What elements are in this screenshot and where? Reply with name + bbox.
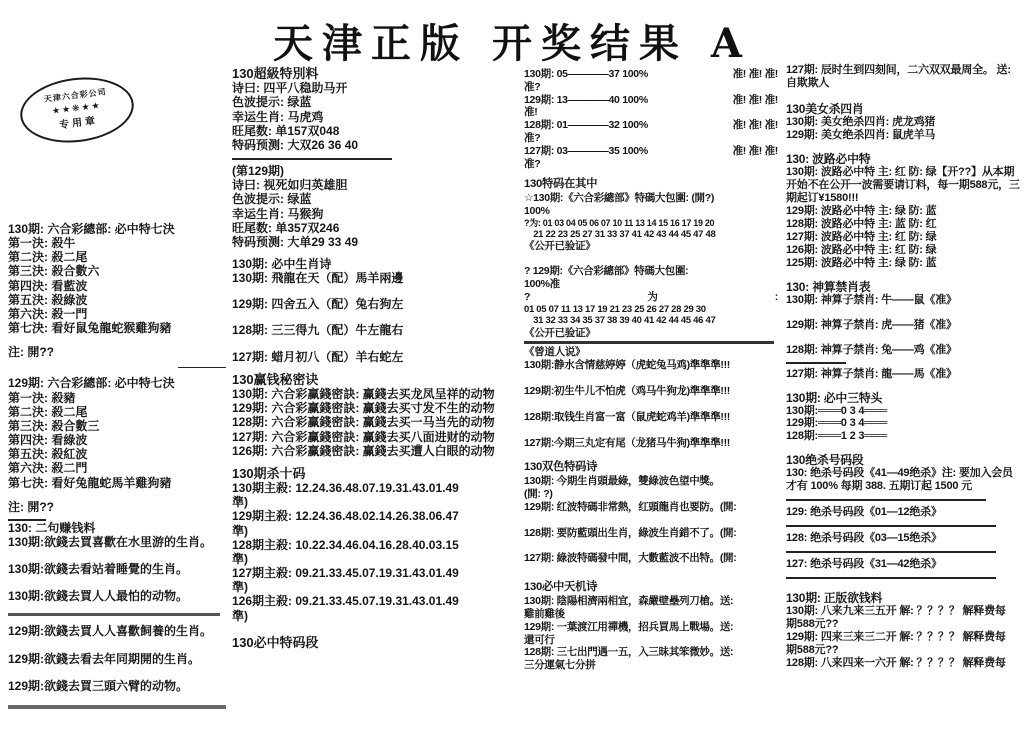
text-line: 100%准: [524, 278, 778, 291]
text-line: 127期:今期三丸定有尾（龙猪马牛狗)準準準!!!: [524, 437, 778, 450]
text-line: 128期: 要防藍頭出生肖，綠波生肖錯不了。(開:: [524, 527, 778, 540]
company-seal: 天津六合彩公司 ★★❋★★ 专用章: [17, 71, 138, 148]
text-line: ☆130期:《六合彩總部》特碼大包圍: (開?): [524, 192, 778, 205]
text-line: 129期: 六合彩總部: 必中特七決: [8, 376, 226, 390]
text-line: 第六決: 殺一門: [8, 307, 226, 321]
text-line: 準): [232, 580, 520, 594]
text-line: 第三決: 殺合數三: [8, 419, 226, 433]
divider-line: [524, 341, 774, 344]
text-line: 127期: 蜡月初八（配）羊右蛇左: [232, 350, 520, 364]
text-line: (開: ?): [524, 488, 778, 501]
seal-label: 专用章: [58, 111, 99, 131]
text-line: 130赢钱秘密诀: [232, 372, 520, 387]
text-line: 第三決: 殺合數六: [8, 264, 226, 278]
text-line: 色波提示: 绿蓝: [232, 95, 520, 109]
text-line: 130期: 必中三特头: [786, 391, 1020, 405]
text-line: 126期主殺: 09.21.33.45.07.19.31.43.01.49: [232, 594, 520, 608]
divider-line: [8, 613, 220, 616]
text-line: 130期:═══0 3 4═══: [786, 405, 1020, 418]
column-2-content: 130超級特別料诗曰: 四平八稳助马开色波提示: 绿蓝幸运生肖: 马虎鸡旺尾数:…: [232, 66, 520, 650]
text-line: 第二決: 殺二尾: [8, 405, 226, 419]
text-line: 雞前雞後: [524, 608, 778, 621]
text-line: 130期: 必中生肖诗: [232, 257, 520, 271]
text-line: ? 129期:《六合彩總部》特碼大包圍:: [524, 265, 778, 278]
text-line: 127期: 神算子禁肖: 龍——馬《准》: [786, 368, 1020, 381]
divider-line: [786, 577, 996, 579]
text-line: 129期: 四来三来三二开 解: ？？？？ 解释费每: [786, 631, 1020, 644]
text-line: 130: 绝杀号码段《41—49绝杀》注: 要加入会员: [786, 467, 1020, 480]
text-line: 125期: 波路必中特 主: 绿 防: 蓝: [786, 257, 1020, 270]
text-line: 128期: 神算子禁肖: 兔——鸡《准》: [786, 344, 1020, 357]
text-line: 准?: [524, 81, 778, 94]
text-line: 130期: 六合彩赢錢密訣: 赢錢去买龙凤呈祥的动物: [232, 387, 520, 401]
column-3: 130期: 05————37 100%准! 准! 准!准?129期: 13———…: [524, 68, 778, 672]
text-line: 诗曰: 视死如归英雄胆: [232, 178, 520, 192]
text-line: 127期: 03————35 100%准! 准! 准!: [524, 145, 778, 158]
text-line: 自欺欺人: [786, 77, 1020, 90]
text-line: 128期: 六合彩赢錢密訣: 赢錢去买一马当先的动物: [232, 415, 520, 429]
text-line: 128期:═══1 2 3═══: [786, 430, 1020, 443]
divider-line: [786, 499, 986, 501]
divider-line: [786, 525, 996, 527]
text-line: 128期: 八来四来一六开 解: ？？？？ 解释费每: [786, 657, 1020, 670]
text-line: 129期: 一葉渡江用禪機，招兵買馬上戰場。送:: [524, 621, 778, 634]
column-2: 130超級特別料诗曰: 四平八稳助马开色波提示: 绿蓝幸运生肖: 马虎鸡旺尾数:…: [232, 66, 520, 650]
text-line: 旺尾数: 单357双246: [232, 221, 520, 235]
text-line: 《公开已验证》: [524, 327, 778, 340]
text-line: 第五決: 殺綠波: [8, 293, 226, 307]
text-line: 31 32 33 34 35 37 38 39 40 41 42 44 45 4…: [524, 315, 778, 327]
text-line: 129期: 波路必中特 主: 绿 防: 蓝: [786, 205, 1020, 218]
text-line: 127: 绝杀号码段《31—42绝杀》: [786, 558, 1020, 571]
text-line: 130: 二句赚钱料: [8, 521, 226, 535]
divider-line: [8, 705, 226, 709]
text-line: 127期: 波路必中特 主: 红 防: 绿: [786, 231, 1020, 244]
column-3-content: 130期: 05————37 100%准! 准! 准!准?129期: 13———…: [524, 68, 778, 672]
divider-line: [786, 362, 846, 364]
text-line: 127期: 六合彩赢錢密訣: 赢錢去买八面进财的动物: [232, 430, 520, 444]
text-line: 期588元??: [786, 644, 1020, 657]
text-line: 129期主殺: 12.24.36.48.02.14.26.38.06.47: [232, 509, 520, 523]
text-line: 130特码在其中: [524, 178, 778, 192]
text-line: 注: 開??: [8, 345, 226, 359]
column-1: 天津六合彩公司 ★★❋★★ 专用章 130期: 六合彩總部: 必中特七決第一決:…: [8, 74, 226, 709]
text-line: 特码预测: 大单29 33 49: [232, 235, 520, 249]
text-line: 色波提示: 绿蓝: [232, 192, 520, 206]
text-line: ?为: 01 03 04 05 06 07 10 11 13 14 15 16 …: [524, 218, 778, 229]
text-line: 130期: 飛龍在天（配）馬羊兩邊: [232, 271, 520, 285]
text-line: 注: 開??: [8, 500, 226, 514]
text-line: 130期:欲錢去買喜歡在水里游的生肖。: [8, 535, 226, 549]
text-line: 《曾道人说》: [524, 346, 778, 359]
divider-line: [178, 367, 226, 368]
text-line: 第六決: 殺二門: [8, 461, 226, 475]
text-line: 128期: 01————32 100%准! 准! 准!: [524, 119, 778, 132]
text-line: 100%: [524, 205, 778, 218]
text-line: 127期主殺: 09.21.33.45.07.19.31.43.01.49: [232, 566, 520, 580]
text-line: 129期:欲錢去買人人喜歡飼養的生肖。: [8, 624, 226, 638]
text-line: 诗曰: 四平八稳助马开: [232, 81, 520, 95]
text-line: 第一決: 殺牛: [8, 236, 226, 250]
page-title: 天津正版 开奖结果 A: [0, 12, 1024, 69]
text-line: 准?: [524, 158, 778, 171]
column-4: 127期: 辰时生到四刻间，二六双双最周全。 送:自欺欺人130美女杀四肖130…: [786, 64, 1020, 670]
text-line: 129期:欲錢去看去年同期開的生肖。: [8, 652, 226, 666]
text-line: 130: 波路必中特: [786, 152, 1020, 166]
text-line: 準): [232, 609, 520, 623]
text-line: 準): [232, 495, 520, 509]
text-line: 01 05 07 11 13 17 19 21 23 25 26 27 28 2…: [524, 304, 778, 316]
text-line: 130: 神算禁肖表: [786, 280, 1020, 294]
text-line: 准!: [524, 106, 778, 119]
text-line: 《公开已验证》: [524, 240, 778, 253]
text-line: 第四決: 看藍波: [8, 279, 226, 293]
column-1-content: 130期: 六合彩總部: 必中特七決第一決: 殺牛第二決: 殺二尾第三決: 殺合…: [8, 222, 226, 709]
text-line: 130期: 八来九来三五开 解: ？？？？ 解释费每: [786, 605, 1020, 618]
lottery-results-sheet: 天津正版 开奖结果 A 天津六合彩公司 ★★❋★★ 专用章 130期: 六合彩總…: [0, 0, 1024, 736]
text-line: 第二決: 殺二尾: [8, 250, 226, 264]
text-line: 幸运生肖: 马猴狗: [232, 207, 520, 221]
text-line: 第一決: 殺豬: [8, 391, 226, 405]
text-line: 才有 100% 每期 388. 五期订起 1500 元: [786, 480, 1020, 493]
text-line: 130期主殺: 12.24.36.48.07.19.31.43.01.49: [232, 481, 520, 495]
text-line: 還可行: [524, 634, 778, 647]
text-line: 128期: 三七出門遇一五，入三昧其笨微妙。送:: [524, 646, 778, 659]
text-line: 128: 绝杀号码段《03—15绝杀》: [786, 532, 1020, 545]
text-line: 126期: 波路必中特 主: 红 防: 绿: [786, 244, 1020, 257]
text-line: 128期: 三三得九（配）牛左龍右: [232, 323, 520, 337]
text-line: ?为:: [524, 291, 778, 304]
text-line: 130期:欲錢去買人人最怕的动物。: [8, 589, 226, 603]
text-line: 130期: 05————37 100%准! 准! 准!: [524, 68, 778, 81]
text-line: 130期:静水含情慈婷婷（虎蛇兔马鸡)準準準!!!: [524, 359, 778, 372]
text-line: 129期: 13————40 100%准! 准! 准!: [524, 94, 778, 107]
text-line: 130绝杀号码段: [786, 453, 1020, 467]
text-line: 130期: 六合彩總部: 必中特七決: [8, 222, 226, 236]
text-line: 幸运生肖: 马虎鸡: [232, 110, 520, 124]
text-line: 130必中特码段: [232, 635, 520, 650]
text-line: 130期: 波路必中特 主: 红 防: 绿【开??】从本期开始不在公开一波需要请…: [786, 166, 1020, 205]
text-line: 130期: 正版欲钱料: [786, 591, 1020, 605]
text-line: 準): [232, 552, 520, 566]
text-line: 130必中天机诗: [524, 581, 778, 595]
text-line: 127期: 綠波特碼發中間，大數藍波不出特。(開:: [524, 552, 778, 565]
text-line: 130美女杀四肖: [786, 102, 1020, 116]
text-line: 第五決: 殺紅波: [8, 447, 226, 461]
text-line: 130期: 陰陽相濟兩相宜，森嚴壁壘列刀槍。送:: [524, 595, 778, 608]
text-line: 准?: [524, 132, 778, 145]
text-line: 129期: 四舍五入（配）兔右狗左: [232, 297, 520, 311]
text-line: 127期: 辰时生到四刻间，二六双双最周全。 送:: [786, 64, 1020, 77]
text-line: 129期:初生牛儿不怕虎（鸡马牛狗龙)準準準!!!: [524, 385, 778, 398]
divider-line: [786, 551, 996, 553]
text-line: 130期: 神算子禁肖: 牛——鼠《准》: [786, 294, 1020, 307]
text-line: 129: 绝杀号码段《01—12绝杀》: [786, 506, 1020, 519]
text-line: 129期: 红波特碼非常熱，红頭龍肖也要防。(開:: [524, 501, 778, 514]
text-line: 130期:欲錢去看站着睡覺的生肖。: [8, 562, 226, 576]
text-line: 126期: 六合彩赢錢密訣: 赢錢去买遭人白眼的动物: [232, 444, 520, 458]
text-line: 第四決: 看綠波: [8, 433, 226, 447]
text-line: 130期杀十码: [232, 466, 520, 481]
text-line: 129期: 六合彩赢錢密訣: 赢錢去买寸发不生的动物: [232, 401, 520, 415]
text-line: 128期主殺: 10.22.34.46.04.16.28.40.03.15: [232, 538, 520, 552]
text-line: 130双色特码诗: [524, 461, 778, 475]
text-line: 129期:═══0 3 4═══: [786, 417, 1020, 430]
text-line: 準): [232, 524, 520, 538]
text-line: 130期: 今期生肖頭最綠，雙綠波色望中獎。: [524, 475, 778, 488]
divider-line: [232, 158, 392, 160]
text-line: 129期:欲錢去買三頭六臂的动物。: [8, 679, 226, 693]
text-line: 第七決: 看好兔龍蛇馬羊雞狗豬: [8, 476, 226, 490]
text-line: 129期: 神算子禁肖: 虎——猪《准》: [786, 319, 1020, 332]
text-line: 第七決: 看好鼠兔龍蛇猴雞狗豬: [8, 321, 226, 335]
text-line: 特码预测: 大双26 36 40: [232, 138, 520, 152]
text-line: 130超級特別料: [232, 66, 520, 81]
text-line: 128期:取钱生肖富一富（鼠虎蛇鸡羊)準準準!!!: [524, 411, 778, 424]
text-line: 21 22 23 25 27 31 33 37 41 42 43 44 45 4…: [524, 229, 778, 241]
text-line: 期588元??: [786, 618, 1020, 631]
text-line: 三分運氣七分拼: [524, 659, 778, 672]
text-line: 旺尾数: 单157双048: [232, 124, 520, 138]
text-line: 129期: 美女绝杀四肖: 鼠虎羊马: [786, 129, 1020, 142]
column-4-content: 127期: 辰时生到四刻间，二六双双最周全。 送:自欺欺人130美女杀四肖130…: [786, 64, 1020, 670]
text-line: (第129期): [232, 164, 520, 178]
text-line: 128期: 波路必中特 主: 蓝 防: 红: [786, 218, 1020, 231]
text-line: 130期: 美女绝杀四肖: 虎龙鸡猪: [786, 116, 1020, 129]
